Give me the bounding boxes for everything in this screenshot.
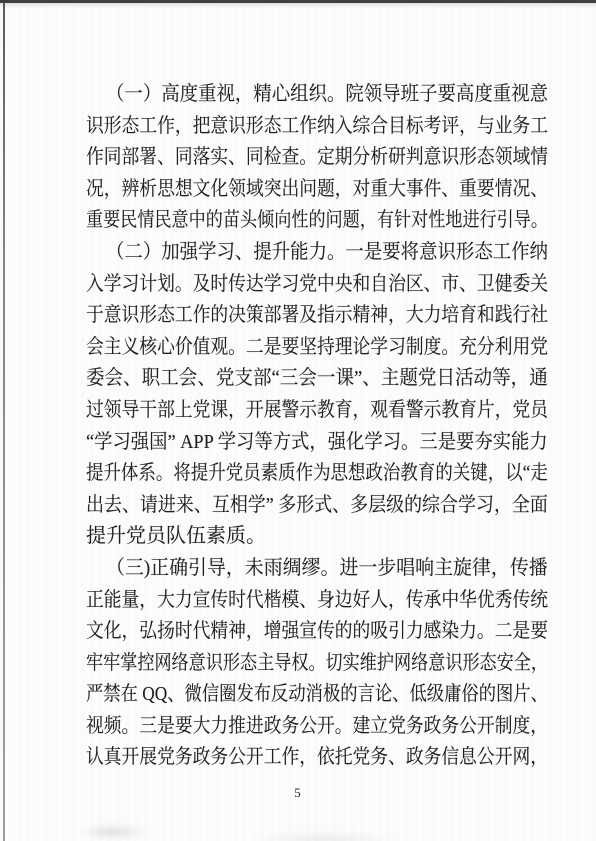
text-line: 严禁在 QQ、微信圈发布反动消极的言论、低级庸俗的图片、 xyxy=(86,679,548,711)
text-line: 正能量，大力宣传时代楷模、身边好人，传承中华优秀传统 xyxy=(86,585,548,617)
paragraph-1: （一）高度重视，精心组织。院领导班子要高度重视意 识形态工作，把意识形态工作纳入… xyxy=(86,79,548,237)
text-line: 况，辨析思想文化领域突出问题，对重大事件、重要情况、 xyxy=(86,174,548,206)
text-line: （二）加强学习、提升能力。一是要将意识形态工作纳 xyxy=(86,237,548,269)
paragraph-3: （三)正确引导，未雨绸缪。进一步唱响主旋律，传播 正能量，大力宣传时代楷模、身边… xyxy=(86,553,548,774)
document-page: （一）高度重视，精心组织。院领导班子要高度重视意 识形态工作，把意识形态工作纳入… xyxy=(0,0,596,841)
text-line: 文化，弘扬时代精神，增强宣传的的吸引力感染力。二是要 xyxy=(86,616,548,648)
text-line: 牢牢掌控网络意识形态主导权。切实维护网络意识形态安全， xyxy=(86,648,548,680)
text-line: 重要民情民意中的苗头倾向性的问题，有针对性地进行引导。 xyxy=(86,205,548,237)
text-line: 视频。三是要大力推进政务公开。建立党务政务公开制度， xyxy=(86,711,548,743)
text-line: 于意识形态工作的决策部署及指示精神，大力培育和践行社 xyxy=(86,300,548,332)
document-body: （一）高度重视，精心组织。院领导班子要高度重视意 识形态工作，把意识形态工作纳入… xyxy=(86,79,548,774)
text-line: 过领导干部上党课，开展警示教育，观看警示教育片，党员 xyxy=(86,395,548,427)
scan-edge-haze xyxy=(0,3,596,8)
text-line: 识形态工作，把意识形态工作纳入综合目标考评，与业务工 xyxy=(86,111,548,143)
scan-smudge xyxy=(250,832,400,841)
page-number: 5 xyxy=(0,783,596,803)
text-line: 认真开展党务政务公开工作，依托党务、政务信息公开网， xyxy=(86,742,548,774)
text-line: “学习强国” APP 学习等方式，强化学习。三是要夯实能力 xyxy=(86,427,548,459)
text-line: （三)正确引导，未雨绸缪。进一步唱响主旋律，传播 xyxy=(86,553,548,585)
text-line: 作同部署、同落实、同检查。定期分析研判意识形态领域情 xyxy=(86,142,548,174)
text-line: 提升体系。将提升党员素质作为思想政治教育的关键，以“走 xyxy=(86,458,548,490)
text-line: 提升党员队伍素质。 xyxy=(86,521,548,553)
scan-smudge xyxy=(78,824,148,840)
scan-edge-left xyxy=(3,0,5,841)
text-line: （一）高度重视，精心组织。院领导班子要高度重视意 xyxy=(86,79,548,111)
text-line: 委会、职工会、党支部“三会一课”、主题党日活动等，通 xyxy=(86,363,548,395)
text-line: 会主义核心价值观。二是要坚持理论学习制度。充分利用党 xyxy=(86,332,548,364)
text-line: 入学习计划。及时传达学习党中央和自治区、市、卫健委关 xyxy=(86,269,548,301)
text-line: 出去、请进来、互相学” 多形式、多层级的综合学习，全面 xyxy=(86,490,548,522)
paragraph-2: （二）加强学习、提升能力。一是要将意识形态工作纳 入学习计划。及时传达学习党中央… xyxy=(86,237,548,553)
